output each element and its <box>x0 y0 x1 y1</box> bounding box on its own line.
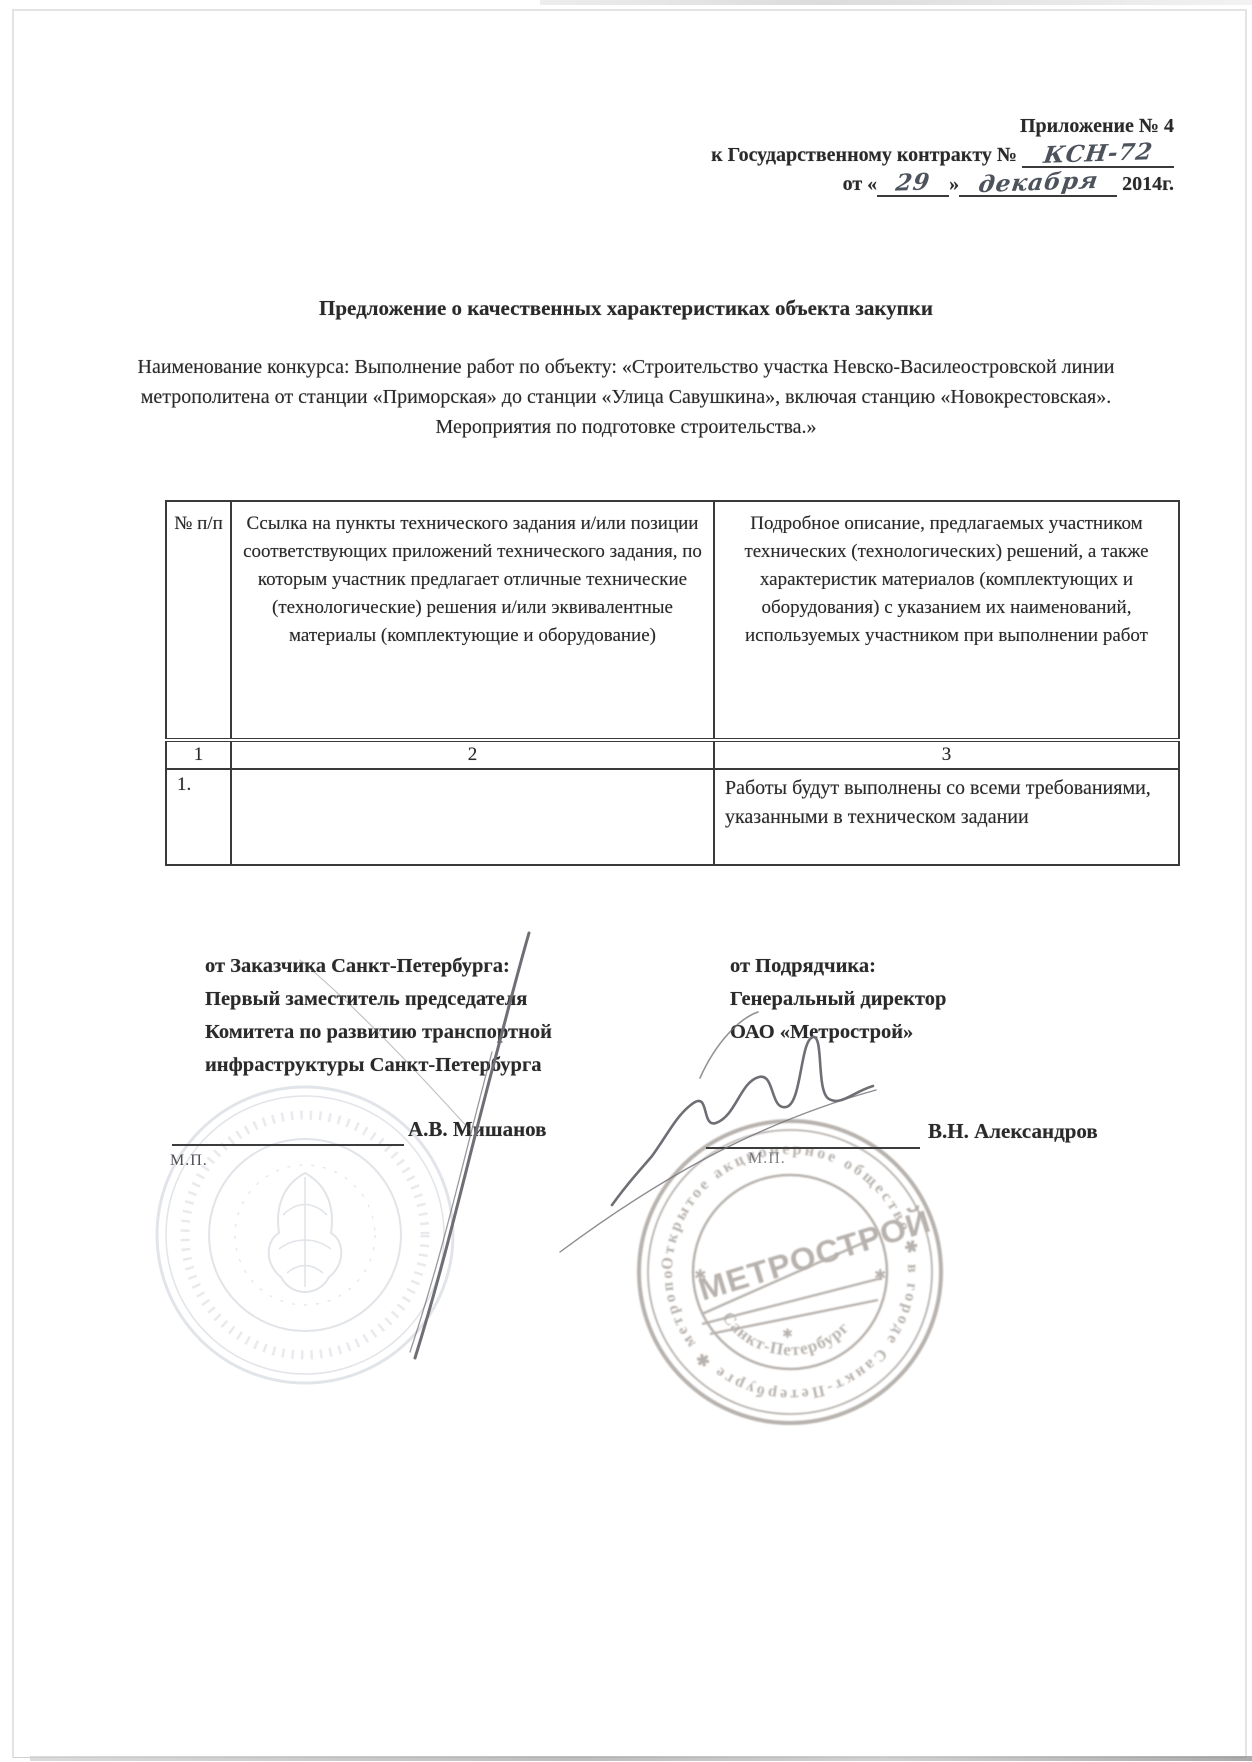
appendix-number-line: Приложение № 4 <box>711 112 1174 141</box>
contractor-seal-star-right: ✱ <box>874 1268 887 1284</box>
date-month-handwritten: декабря <box>977 170 1100 196</box>
contractor-role-line: от Подрядчика: <box>730 950 946 983</box>
contract-number-handwritten: КСН-72 <box>1042 141 1154 167</box>
column-numbers-row: 1 2 3 <box>166 740 1179 769</box>
contractor-seal-star-bottom: ✱ <box>782 1326 793 1341</box>
column-number-2: 2 <box>231 740 714 769</box>
customer-title-line-3: инфраструктуры Санкт-Петербурга <box>205 1049 552 1082</box>
column-number-3: 3 <box>714 740 1179 769</box>
row-number-cell: 1. <box>166 769 231 865</box>
contract-date-line: от «29»декабря 2014г. <box>711 170 1174 199</box>
header-cell-num: № п/п <box>166 501 231 740</box>
customer-title-line-1: Первый заместитель председателя <box>205 983 552 1016</box>
scan-artifact-bottom <box>30 1756 1252 1761</box>
contractor-seal-ring-text: Открытое акционерное общество ✱ в городе… <box>659 1141 921 1403</box>
contractor-seal-star-left: ✱ <box>694 1268 707 1284</box>
contractor-title-line-1: Генеральный директор <box>730 983 946 1016</box>
table-header-row: № п/п Ссылка на пункты технического зада… <box>166 501 1179 740</box>
scanned-document-page: { "header": { "appendix_line": "Приложен… <box>0 0 1252 1762</box>
header-cell-description: Подробное описание, предлагаемых участни… <box>714 501 1179 740</box>
document-title: Предложение о качественных характеристик… <box>0 296 1252 321</box>
customer-role-line: от Заказчика Санкт-Петербурга: <box>205 950 552 983</box>
contractor-title-line-2: ОАО «Метрострой» <box>730 1016 946 1049</box>
scan-artifact-top <box>540 0 1252 5</box>
date-day-slot: 29 <box>877 172 949 197</box>
date-month-slot: декабря <box>959 172 1117 197</box>
customer-signature-block: от Заказчика Санкт-Петербурга: Первый за… <box>205 950 552 1082</box>
contractor-round-seal: Открытое акционерное общество ✱ в городе… <box>630 1112 950 1432</box>
date-prefix: от « <box>843 173 878 195</box>
customer-signature-line <box>172 1144 404 1146</box>
subject-paragraph: Наименование конкурса: Выполнение работ … <box>111 352 1141 442</box>
date-day-handwritten: 29 <box>895 171 932 194</box>
table-row: 1. Работы будут выполнены со всеми требо… <box>166 769 1179 865</box>
customer-name: А.В. Мишанов <box>408 1117 547 1142</box>
contract-line-prefix: к Государственному контракту № <box>711 144 1017 166</box>
contractor-signature-line <box>706 1147 920 1149</box>
customer-title-line-2: Комитета по развитию транспортной <box>205 1016 552 1049</box>
contract-number-slot: КСН-72 <box>1022 143 1174 168</box>
row-reference-cell <box>231 769 714 865</box>
appendix-header: Приложение № 4 к Государственному контра… <box>711 112 1174 199</box>
contractor-signature-scribble <box>612 1037 873 1205</box>
date-close-quote: » <box>949 173 959 195</box>
contractor-seal-city-text: Санкт-Петербург <box>718 1308 852 1359</box>
signature-ink-overlay <box>0 0 1252 1762</box>
customer-seal-place-label: М.П. <box>170 1152 208 1170</box>
contract-number-line: к Государственному контракту № КСН-72 <box>711 141 1174 170</box>
contractor-seal-place-label: М.П. <box>748 1150 786 1168</box>
column-number-1: 1 <box>166 740 231 769</box>
contractor-signature-block: от Подрядчика: Генеральный директор ОАО … <box>730 950 946 1049</box>
scan-page-border <box>12 9 1247 1758</box>
contractor-seal-center-text: МЕТРОСТРОЙ <box>694 1203 935 1307</box>
header-cell-reference: Ссылка на пункты технического задания и/… <box>231 501 714 740</box>
row-description-cell: Работы будут выполнены со всеми требован… <box>714 769 1179 865</box>
date-year: 2014г. <box>1122 173 1174 195</box>
qualities-table: № п/п Ссылка на пункты технического зада… <box>165 500 1180 866</box>
contractor-name: В.Н. Александров <box>928 1119 1098 1144</box>
